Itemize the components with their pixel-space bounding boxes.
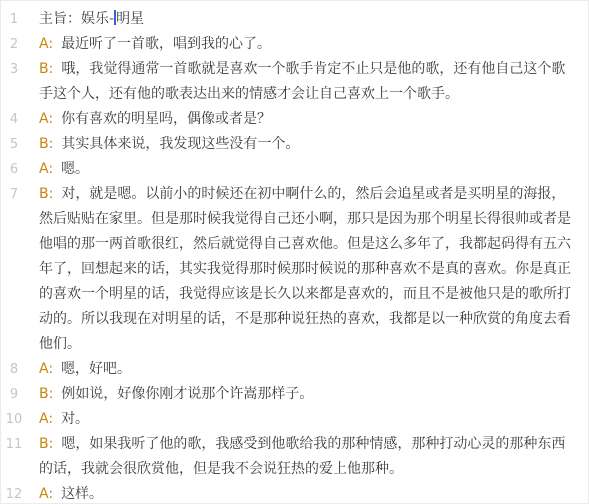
title-prefix: 主旨：娱乐 <box>39 11 109 27</box>
utterance-text: 嗯。 <box>61 161 89 177</box>
speaker-label: A: <box>39 486 53 502</box>
utterance-text: 哦，我觉得通常一首歌就是喜欢一个歌手肯定不止只是他的歌，还有他自己这个歌手这个人… <box>39 61 565 102</box>
utterance-text: 嗯，如果我听了他的歌，我感受到他歌给我的那种情感，那种打动心灵的那种东西的话，我… <box>39 436 565 477</box>
line-number: 6 <box>1 157 27 182</box>
title-suffix: 明星 <box>116 11 144 27</box>
utterance-text: 这样。 <box>61 486 103 502</box>
utterance[interactable]: B:对，就是嗯。以前小的时候还在初中啊什么的，然后会追星或者是买明星的海报，然后… <box>39 182 573 357</box>
utterance[interactable]: A:嗯。 <box>39 157 573 182</box>
speaker-label: A: <box>39 411 53 427</box>
utterance[interactable]: A:这样。 <box>39 482 573 504</box>
utterance-text: 例如说，好像你刚才说那个许嵩那样子。 <box>61 386 313 402</box>
transcript-line: 6A:嗯。 <box>1 157 588 182</box>
transcript-lines: 2A:最近听了一首歌，唱到我的心了。3B:哦，我觉得通常一首歌就是喜欢一个歌手肯… <box>1 32 588 504</box>
utterance-text: 你有喜欢的明星吗，偶像或者是？ <box>61 111 271 127</box>
utterance[interactable]: A:对。 <box>39 407 573 432</box>
transcript-line: 11B:嗯，如果我听了他的歌，我感受到他歌给我的那种情感，那种打动心灵的那种东西… <box>1 432 588 482</box>
line-number: 10 <box>1 407 27 432</box>
line-number: 1 <box>1 7 27 32</box>
speaker-label: B: <box>39 436 53 452</box>
speaker-label: B: <box>39 186 53 202</box>
speaker-label: B: <box>39 136 53 152</box>
utterance-text: 最近听了一首歌，唱到我的心了。 <box>61 36 271 52</box>
utterance[interactable]: B:其实具体来说，我发现这些没有一个。 <box>39 132 573 157</box>
line-number: 7 <box>1 182 27 207</box>
transcript-line: 12A:这样。 <box>1 482 588 504</box>
transcript-line: 10A:对。 <box>1 407 588 432</box>
line-number: 12 <box>1 482 27 504</box>
transcript-line: 4A:你有喜欢的明星吗，偶像或者是？ <box>1 107 588 132</box>
transcript-editor[interactable]: 1 主旨：娱乐-明星 2A:最近听了一首歌，唱到我的心了。3B:哦，我觉得通常一… <box>0 0 589 504</box>
line-number: 2 <box>1 32 27 57</box>
transcript-line-title: 1 主旨：娱乐-明星 <box>1 7 588 32</box>
line-number: 8 <box>1 357 27 382</box>
transcript-line: 3B:哦，我觉得通常一首歌就是喜欢一个歌手肯定不止只是他的歌，还有他自己这个歌手… <box>1 57 588 107</box>
utterance-text: 其实具体来说，我发现这些没有一个。 <box>61 136 299 152</box>
transcript-line: 7B:对，就是嗯。以前小的时候还在初中啊什么的，然后会追星或者是买明星的海报，然… <box>1 182 588 357</box>
speaker-label: B: <box>39 61 53 77</box>
speaker-label: B: <box>39 386 53 402</box>
utterance-text: 对。 <box>61 411 89 427</box>
transcript-line: 2A:最近听了一首歌，唱到我的心了。 <box>1 32 588 57</box>
speaker-label: A: <box>39 111 53 127</box>
utterance[interactable]: B:哦，我觉得通常一首歌就是喜欢一个歌手肯定不止只是他的歌，还有他自己这个歌手这… <box>39 57 573 107</box>
utterance[interactable]: A:最近听了一首歌，唱到我的心了。 <box>39 32 573 57</box>
line-number: 9 <box>1 382 27 407</box>
utterance[interactable]: B:嗯，如果我听了他的歌，我感受到他歌给我的那种情感，那种打动心灵的那种东西的话… <box>39 432 573 482</box>
transcript-line: 5B:其实具体来说，我发现这些没有一个。 <box>1 132 588 157</box>
title-line[interactable]: 主旨：娱乐-明星 <box>39 7 573 32</box>
utterance[interactable]: A:嗯，好吧。 <box>39 357 573 382</box>
utterance-text: 嗯，好吧。 <box>61 361 131 377</box>
utterance-text: 对，就是嗯。以前小的时候还在初中啊什么的，然后会追星或者是买明星的海报，然后贴贴… <box>39 186 571 352</box>
utterance[interactable]: B:例如说，好像你刚才说那个许嵩那样子。 <box>39 382 573 407</box>
line-number: 4 <box>1 107 27 132</box>
transcript-line: 8A:嗯，好吧。 <box>1 357 588 382</box>
speaker-label: A: <box>39 161 53 177</box>
speaker-label: A: <box>39 36 53 52</box>
transcript-line: 9B:例如说，好像你刚才说那个许嵩那样子。 <box>1 382 588 407</box>
line-number: 11 <box>1 432 27 457</box>
line-number: 5 <box>1 132 27 157</box>
line-number: 3 <box>1 57 27 82</box>
utterance[interactable]: A:你有喜欢的明星吗，偶像或者是？ <box>39 107 573 132</box>
speaker-label: A: <box>39 361 53 377</box>
